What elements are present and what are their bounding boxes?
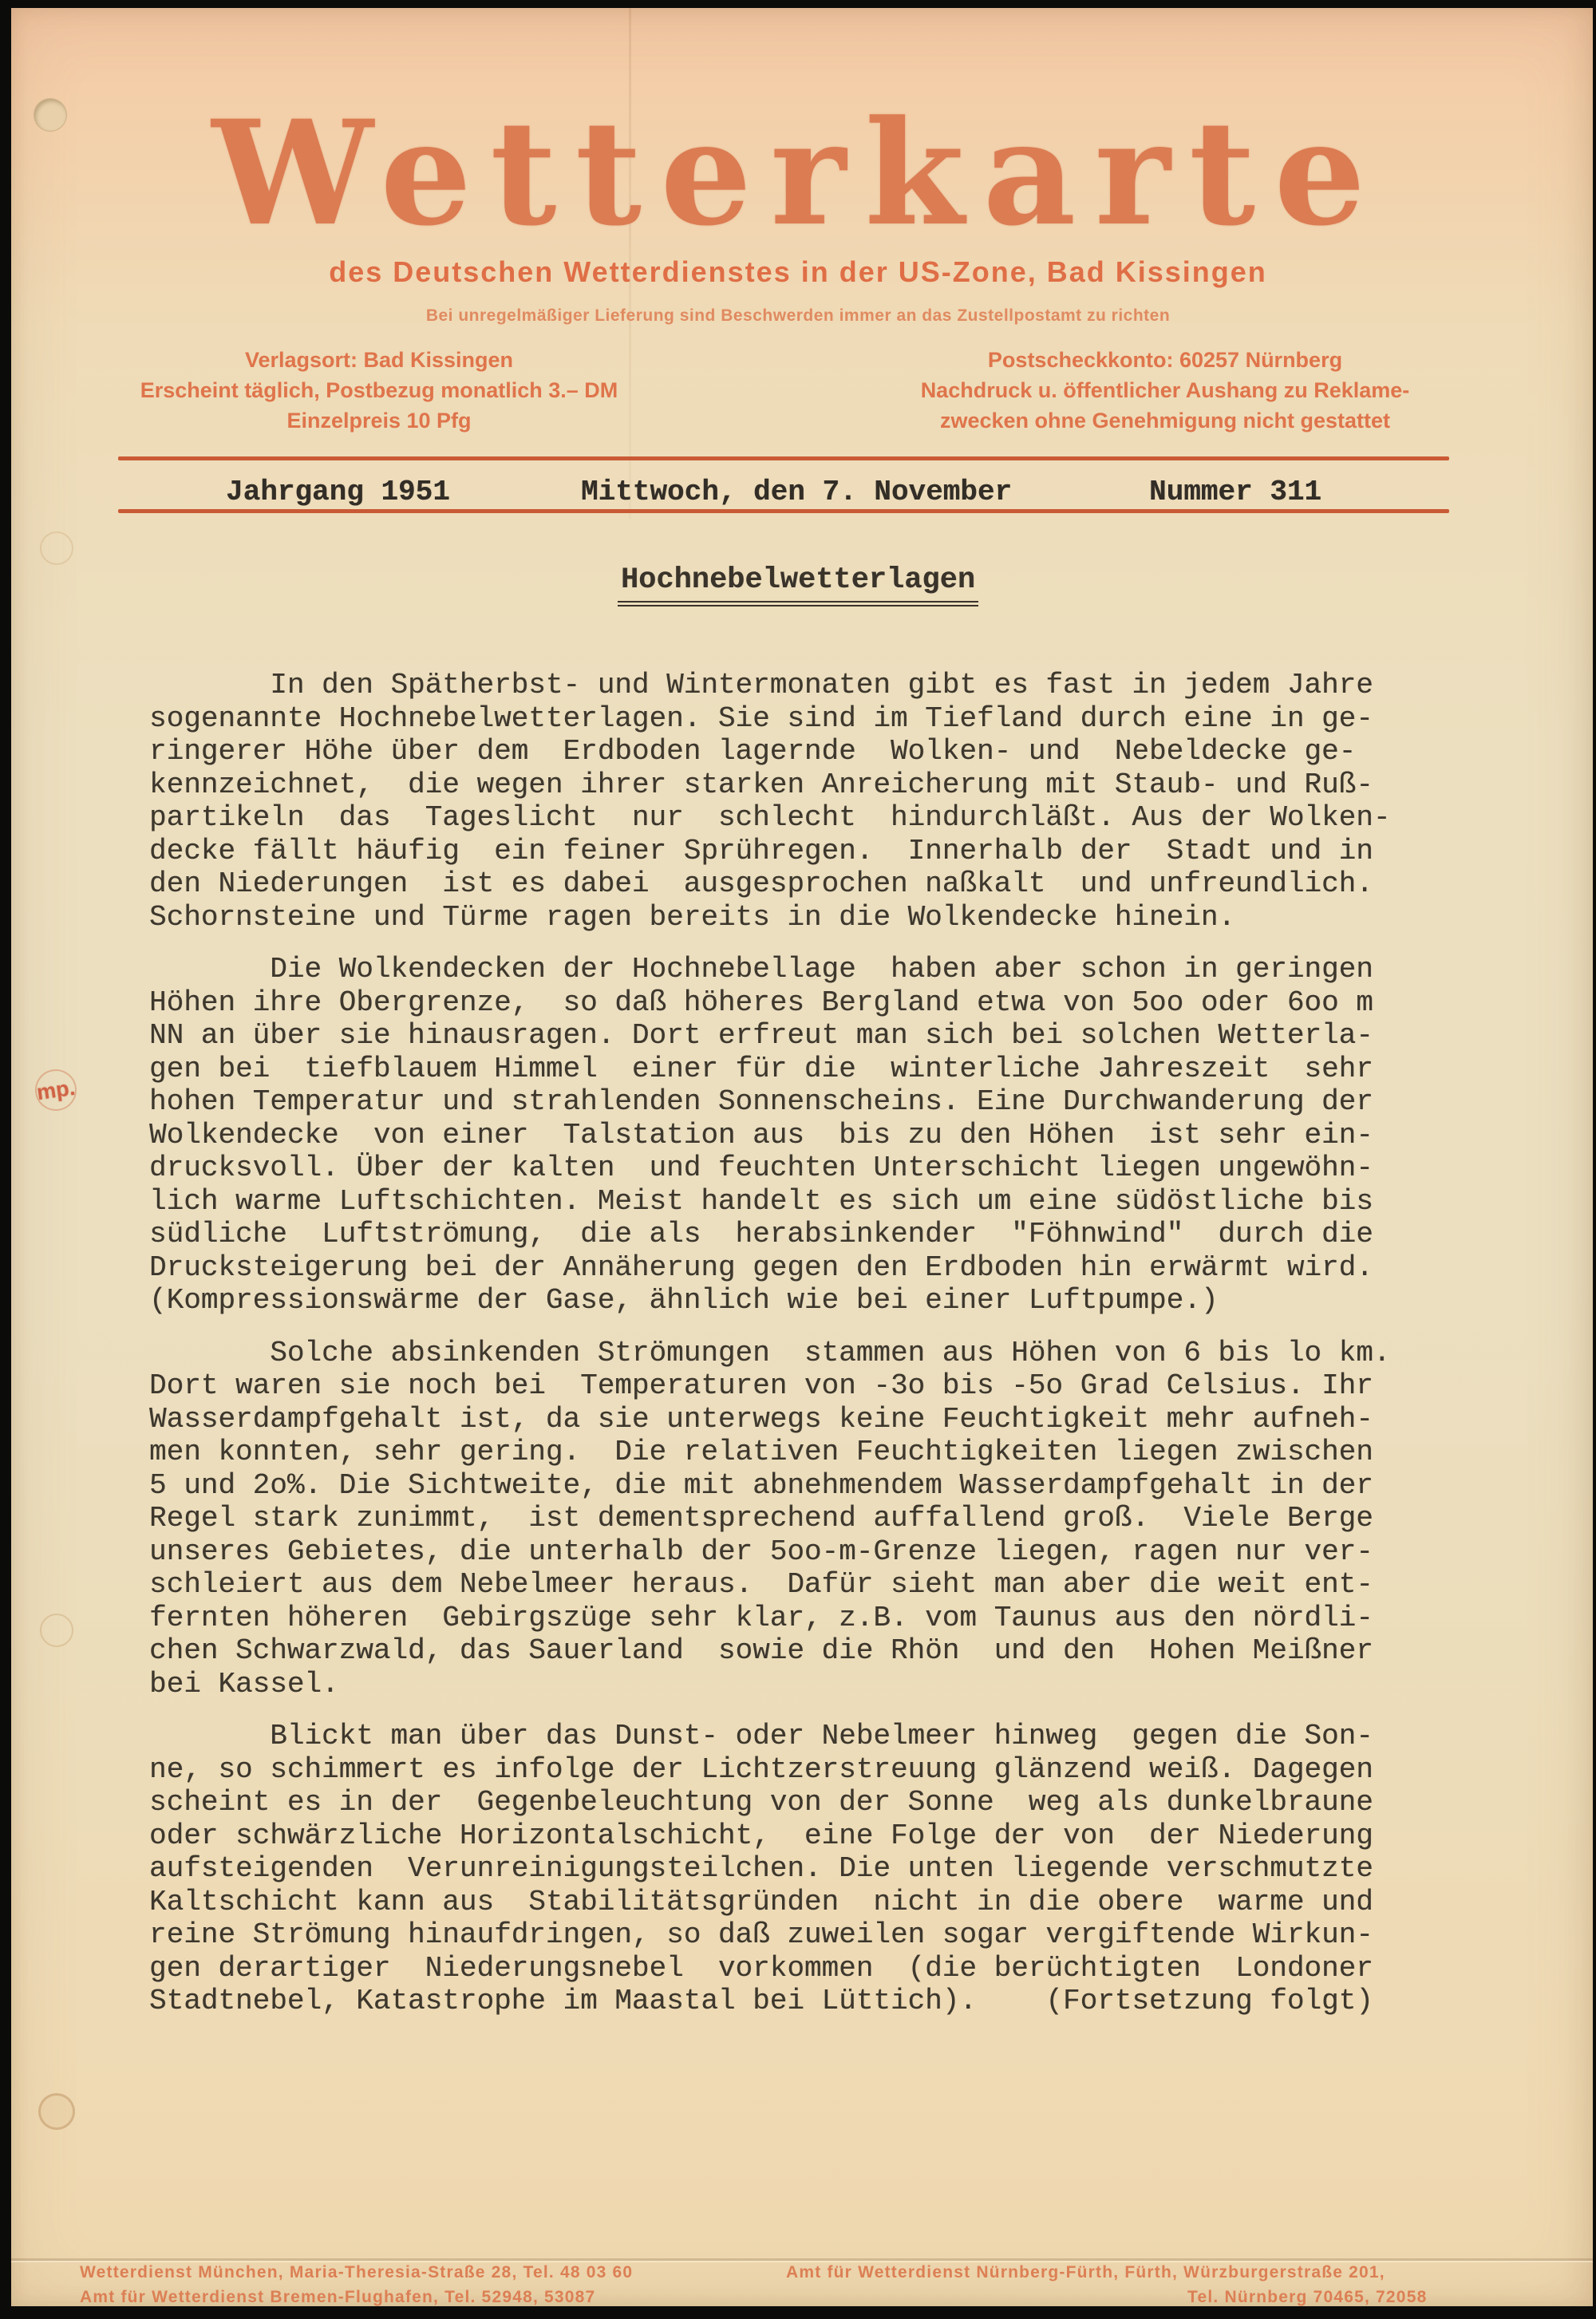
footer-nuernberg-line: Amt für Wetterdienst Nürnberg-Fürth, Für… <box>786 2263 1385 2282</box>
paragraph: In den Spätherbst- und Wintermonaten gib… <box>149 669 1458 934</box>
dateline-rule-top <box>118 456 1449 460</box>
dateline-number: Nummer 311 <box>1149 476 1321 508</box>
text-line: hohen Temperatur und strahlenden Sonnens… <box>149 1085 1458 1119</box>
text-line: fernten höheren Gebirgszüge sehr klar, z… <box>149 1602 1458 1635</box>
mp-stamp-label: mp. <box>35 1075 77 1104</box>
text-line: Wolkendecke von einer Talstation aus bis… <box>149 1119 1458 1152</box>
text-line: Stadtnebel, Katastrophe im Maastal bei L… <box>149 1985 1458 2018</box>
publisher-info-right: Postscheckkonto: 60257 Nürnberg Nachdruc… <box>862 345 1468 436</box>
footer-munich-line: Wetterdienst München, Maria-Theresia-Str… <box>80 2263 633 2282</box>
text-line: ringerer Höhe über dem Erdboden lagernde… <box>149 735 1458 768</box>
text-line: lich warme Luftschichten. Meist handelt … <box>149 1185 1458 1219</box>
footer-bremen-line: Amt für Wetterdienst Bremen-Flughafen, T… <box>80 2288 595 2307</box>
text-line: den Niederungen ist es dabei ausgesproch… <box>149 867 1458 901</box>
text-line: Solche absinkenden Strömungen stammen au… <box>149 1337 1458 1370</box>
publisher-info-line: Postscheckkonto: 60257 Nürnberg <box>862 345 1468 375</box>
text-line: Drucksteigerung bei der Annäherung gegen… <box>149 1251 1458 1285</box>
text-line: Höhen ihre Obergrenze, so daß höheres Be… <box>149 986 1458 1020</box>
publisher-info-line: Einzelpreis 10 Pfg <box>120 405 638 436</box>
publisher-info-line: Verlagsort: Bad Kissingen <box>120 345 638 375</box>
text-line: In den Spätherbst- und Wintermonaten gib… <box>149 669 1458 702</box>
text-line: NN an über sie hinausragen. Dort erfreut… <box>149 1019 1458 1053</box>
text-line: bei Kassel. <box>149 1668 1458 1701</box>
publisher-info-line: Nachdruck u. öffentlicher Aushang zu Rek… <box>862 375 1468 405</box>
text-line: Regel stark zunimmt, ist dementsprechend… <box>149 1502 1458 1535</box>
text-line: sogenannte Hochnebelwetterlagen. Sie sin… <box>149 702 1458 736</box>
article-heading-text: Hochnebelwetterlagen <box>618 563 978 606</box>
text-line: decke fällt häufig ein feiner Sprühregen… <box>149 835 1458 868</box>
text-line: partikeln das Tageslicht nur schlecht hi… <box>149 801 1458 835</box>
text-line: Dort waren sie noch bei Temperaturen von… <box>149 1369 1458 1403</box>
text-line: unseres Gebietes, die unterhalb der 5oo-… <box>149 1535 1458 1569</box>
scanned-document-page: mp. Wetterkarte des Deutschen Wetterdien… <box>0 0 1596 2319</box>
publisher-info-line: zwecken ohne Genehmigung nicht gestattet <box>862 405 1468 436</box>
text-line: Die Wolkendecken der Hochnebellage haben… <box>149 953 1458 986</box>
text-line: Schornsteine und Türme ragen bereits in … <box>149 901 1458 934</box>
punch-hole-ring-bottom <box>38 2093 75 2130</box>
horizontal-fold-crease <box>11 2258 1593 2261</box>
paragraph: Blickt man über das Dunst- oder Nebelmee… <box>149 1720 1458 2018</box>
text-line: schleiert aus dem Nebelmeer heraus. Dafü… <box>149 1568 1458 1602</box>
text-line: chen Schwarzwald, das Sauerland sowie di… <box>149 1634 1458 1668</box>
dateline-date: Mittwoch, den 7. November <box>581 476 1012 508</box>
footer-nuernberg-phone-line: Tel. Nürnberg 70465, 72058 <box>1187 2288 1427 2307</box>
publisher-info-left: Verlagsort: Bad Kissingen Erscheint tägl… <box>120 345 638 436</box>
text-line: men konnten, sehr gering. Die relativen … <box>149 1436 1458 1469</box>
dateline-year: Jahrgang 1951 <box>226 476 450 508</box>
masthead-subtitle: des Deutschen Wetterdienstes in der US-Z… <box>0 255 1596 289</box>
masthead-title: Wetterkarte <box>0 102 1596 246</box>
text-line: gen bei tiefblauem Himmel einer für die … <box>149 1053 1458 1086</box>
text-line: Kaltschicht kann aus Stabilitätsgründen … <box>149 1886 1458 1919</box>
text-line: reine Strömung hinaufdringen, so daß zuw… <box>149 1918 1458 1952</box>
text-line: drucksvoll. Über der kalten und feuchten… <box>149 1152 1458 1185</box>
text-line: (Kompressionswärme der Gase, ähnlich wie… <box>149 1284 1458 1318</box>
delivery-notice: Bei unregelmäßiger Lieferung sind Beschw… <box>0 306 1596 326</box>
publisher-info-line: Erscheint täglich, Postbezug monatlich 3… <box>120 375 638 405</box>
text-line: scheint es in der Gegenbeleuchtung von d… <box>149 1786 1458 1819</box>
paragraph: Solche absinkenden Strömungen stammen au… <box>149 1337 1458 1701</box>
punch-hole-ring-lower <box>40 1614 73 1647</box>
text-line: südliche Luftströmung, die als herabsink… <box>149 1218 1458 1251</box>
text-line: ne, so schimmert es infolge der Lichtzer… <box>149 1753 1458 1787</box>
dateline-rule-bottom <box>118 509 1449 513</box>
text-line: gen derartiger Niederungsnebel vorkommen… <box>149 1952 1458 1985</box>
text-line: Wasserdampfgehalt ist, da sie unterwegs … <box>149 1403 1458 1436</box>
paragraph: Die Wolkendecken der Hochnebellage haben… <box>149 953 1458 1318</box>
text-line: kennzeichnet, die wegen ihrer starken An… <box>149 768 1458 802</box>
text-line: Blickt man über das Dunst- oder Nebelmee… <box>149 1720 1458 1753</box>
punch-hole-ring-upper <box>40 531 73 565</box>
text-line: oder schwärzliche Horizontalschicht, ein… <box>149 1819 1458 1853</box>
article-body: In den Spätherbst- und Wintermonaten gib… <box>149 669 1458 2037</box>
text-line: aufsteigenden Verunreinigungsteilchen. D… <box>149 1852 1458 1886</box>
text-line: 5 und 2o%. Die Sichtweite, die mit abneh… <box>149 1469 1458 1503</box>
article-heading: Hochnebelwetterlagen <box>0 563 1596 597</box>
